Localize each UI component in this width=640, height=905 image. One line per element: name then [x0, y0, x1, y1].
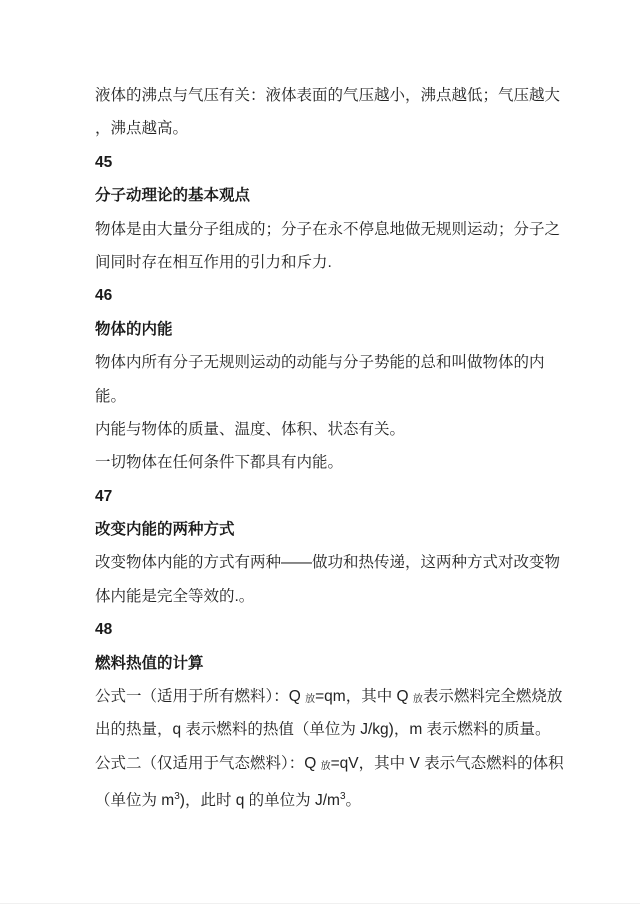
text-run: )，此时 q 的单位为 J/m: [180, 792, 340, 809]
subscript-text: 放: [321, 761, 331, 772]
text-run: 出的热量，q 表示燃料的热值（单位为 J/kg)，m 表示燃料的质量。: [95, 721, 551, 738]
section-heading: 分子动理论的基本观点: [95, 179, 640, 212]
section-heading: 改变内能的两种方式: [95, 513, 640, 546]
text-run: 间同时存在相互作用的引力和斥力.: [95, 254, 332, 271]
body-text-line: 间同时存在相互作用的引力和斥力.: [95, 246, 640, 279]
body-text-line: 能。: [95, 380, 640, 413]
text-run: 能。: [95, 388, 126, 405]
body-text-line: 物体内所有分子无规则运动的动能与分子势能的总和叫做物体的内: [95, 346, 640, 379]
text-run: 。: [346, 792, 362, 809]
text-run: =qm，其中 Q: [315, 688, 413, 705]
text-run: （单位为 m: [95, 792, 174, 809]
section-heading: 物体的内能: [95, 313, 640, 346]
text-run: 公式一（适用于所有燃料）：Q: [95, 688, 305, 705]
text-run: 46: [95, 287, 112, 304]
knowledge-point-number: 48: [95, 613, 640, 646]
text-run: 48: [95, 621, 112, 638]
body-text-line: 公式一（适用于所有燃料）：Q 放=qm，其中 Q 放表示燃料完全燃烧放: [95, 680, 640, 713]
text-run: 物体内所有分子无规则运动的动能与分子势能的总和叫做物体的内: [95, 354, 545, 371]
knowledge-point-number: 45: [95, 146, 640, 179]
body-text-line: 出的热量，q 表示燃料的热值（单位为 J/kg)，m 表示燃料的质量。: [95, 713, 640, 746]
text-run: 47: [95, 488, 112, 505]
document-content: 液体的沸点与气压有关：液体表面的气压越小，沸点越低；气压越大，沸点越高。45分子…: [95, 79, 640, 814]
text-run: 燃料热值的计算: [95, 655, 204, 672]
text-run: ，沸点越高。: [95, 120, 188, 137]
text-run: 改变内能的两种方式: [95, 521, 235, 538]
body-text-line: 一切物体在任何条件下都具有内能。: [95, 446, 640, 479]
text-run: 物体的内能: [95, 321, 173, 338]
section-heading: 燃料热值的计算: [95, 647, 640, 680]
body-text-line: 公式二（仅适用于气态燃料）：Q 放=qV，其中 V 表示气态燃料的体积: [95, 747, 640, 780]
text-run: 改变物体内能的方式有两种——做功和热传递，这两种方式对改变物: [95, 554, 560, 571]
text-run: =qV，其中 V 表示气态燃料的体积: [331, 755, 564, 772]
text-run: 表示燃料完全燃烧放: [423, 688, 563, 705]
page-bottom-divider: [0, 903, 640, 904]
body-text-line: 体内能是完全等效的.。: [95, 580, 640, 613]
knowledge-point-number: 46: [95, 279, 640, 312]
text-run: 分子动理论的基本观点: [95, 187, 250, 204]
document-page: 液体的沸点与气压有关：液体表面的气压越小，沸点越低；气压越大，沸点越高。45分子…: [0, 0, 640, 905]
text-run: 液体的沸点与气压有关：液体表面的气压越小，沸点越低；气压越大: [95, 87, 560, 104]
subscript-text: 放: [305, 694, 315, 705]
body-text-line: ，沸点越高。: [95, 112, 640, 145]
text-run: 内能与物体的质量、温度、体积、状态有关。: [95, 421, 405, 438]
body-text-line: 改变物体内能的方式有两种——做功和热传递，这两种方式对改变物: [95, 546, 640, 579]
body-text-line: 物体是由大量分子组成的；分子在永不停息地做无规则运动；分子之: [95, 213, 640, 246]
body-text-line: 液体的沸点与气压有关：液体表面的气压越小，沸点越低；气压越大: [95, 79, 640, 112]
text-run: 公式二（仅适用于气态燃料）：Q: [95, 755, 321, 772]
subscript-text: 放: [413, 694, 423, 705]
knowledge-point-number: 47: [95, 480, 640, 513]
text-run: 体内能是完全等效的.。: [95, 588, 254, 605]
text-run: 一切物体在任何条件下都具有内能。: [95, 454, 343, 471]
text-run: 45: [95, 154, 112, 171]
text-run: 物体是由大量分子组成的；分子在永不停息地做无规则运动；分子之: [95, 221, 560, 238]
body-text-line: 内能与物体的质量、温度、体积、状态有关。: [95, 413, 640, 446]
body-text-line: （单位为 m3)，此时 q 的单位为 J/m3。: [95, 780, 640, 813]
